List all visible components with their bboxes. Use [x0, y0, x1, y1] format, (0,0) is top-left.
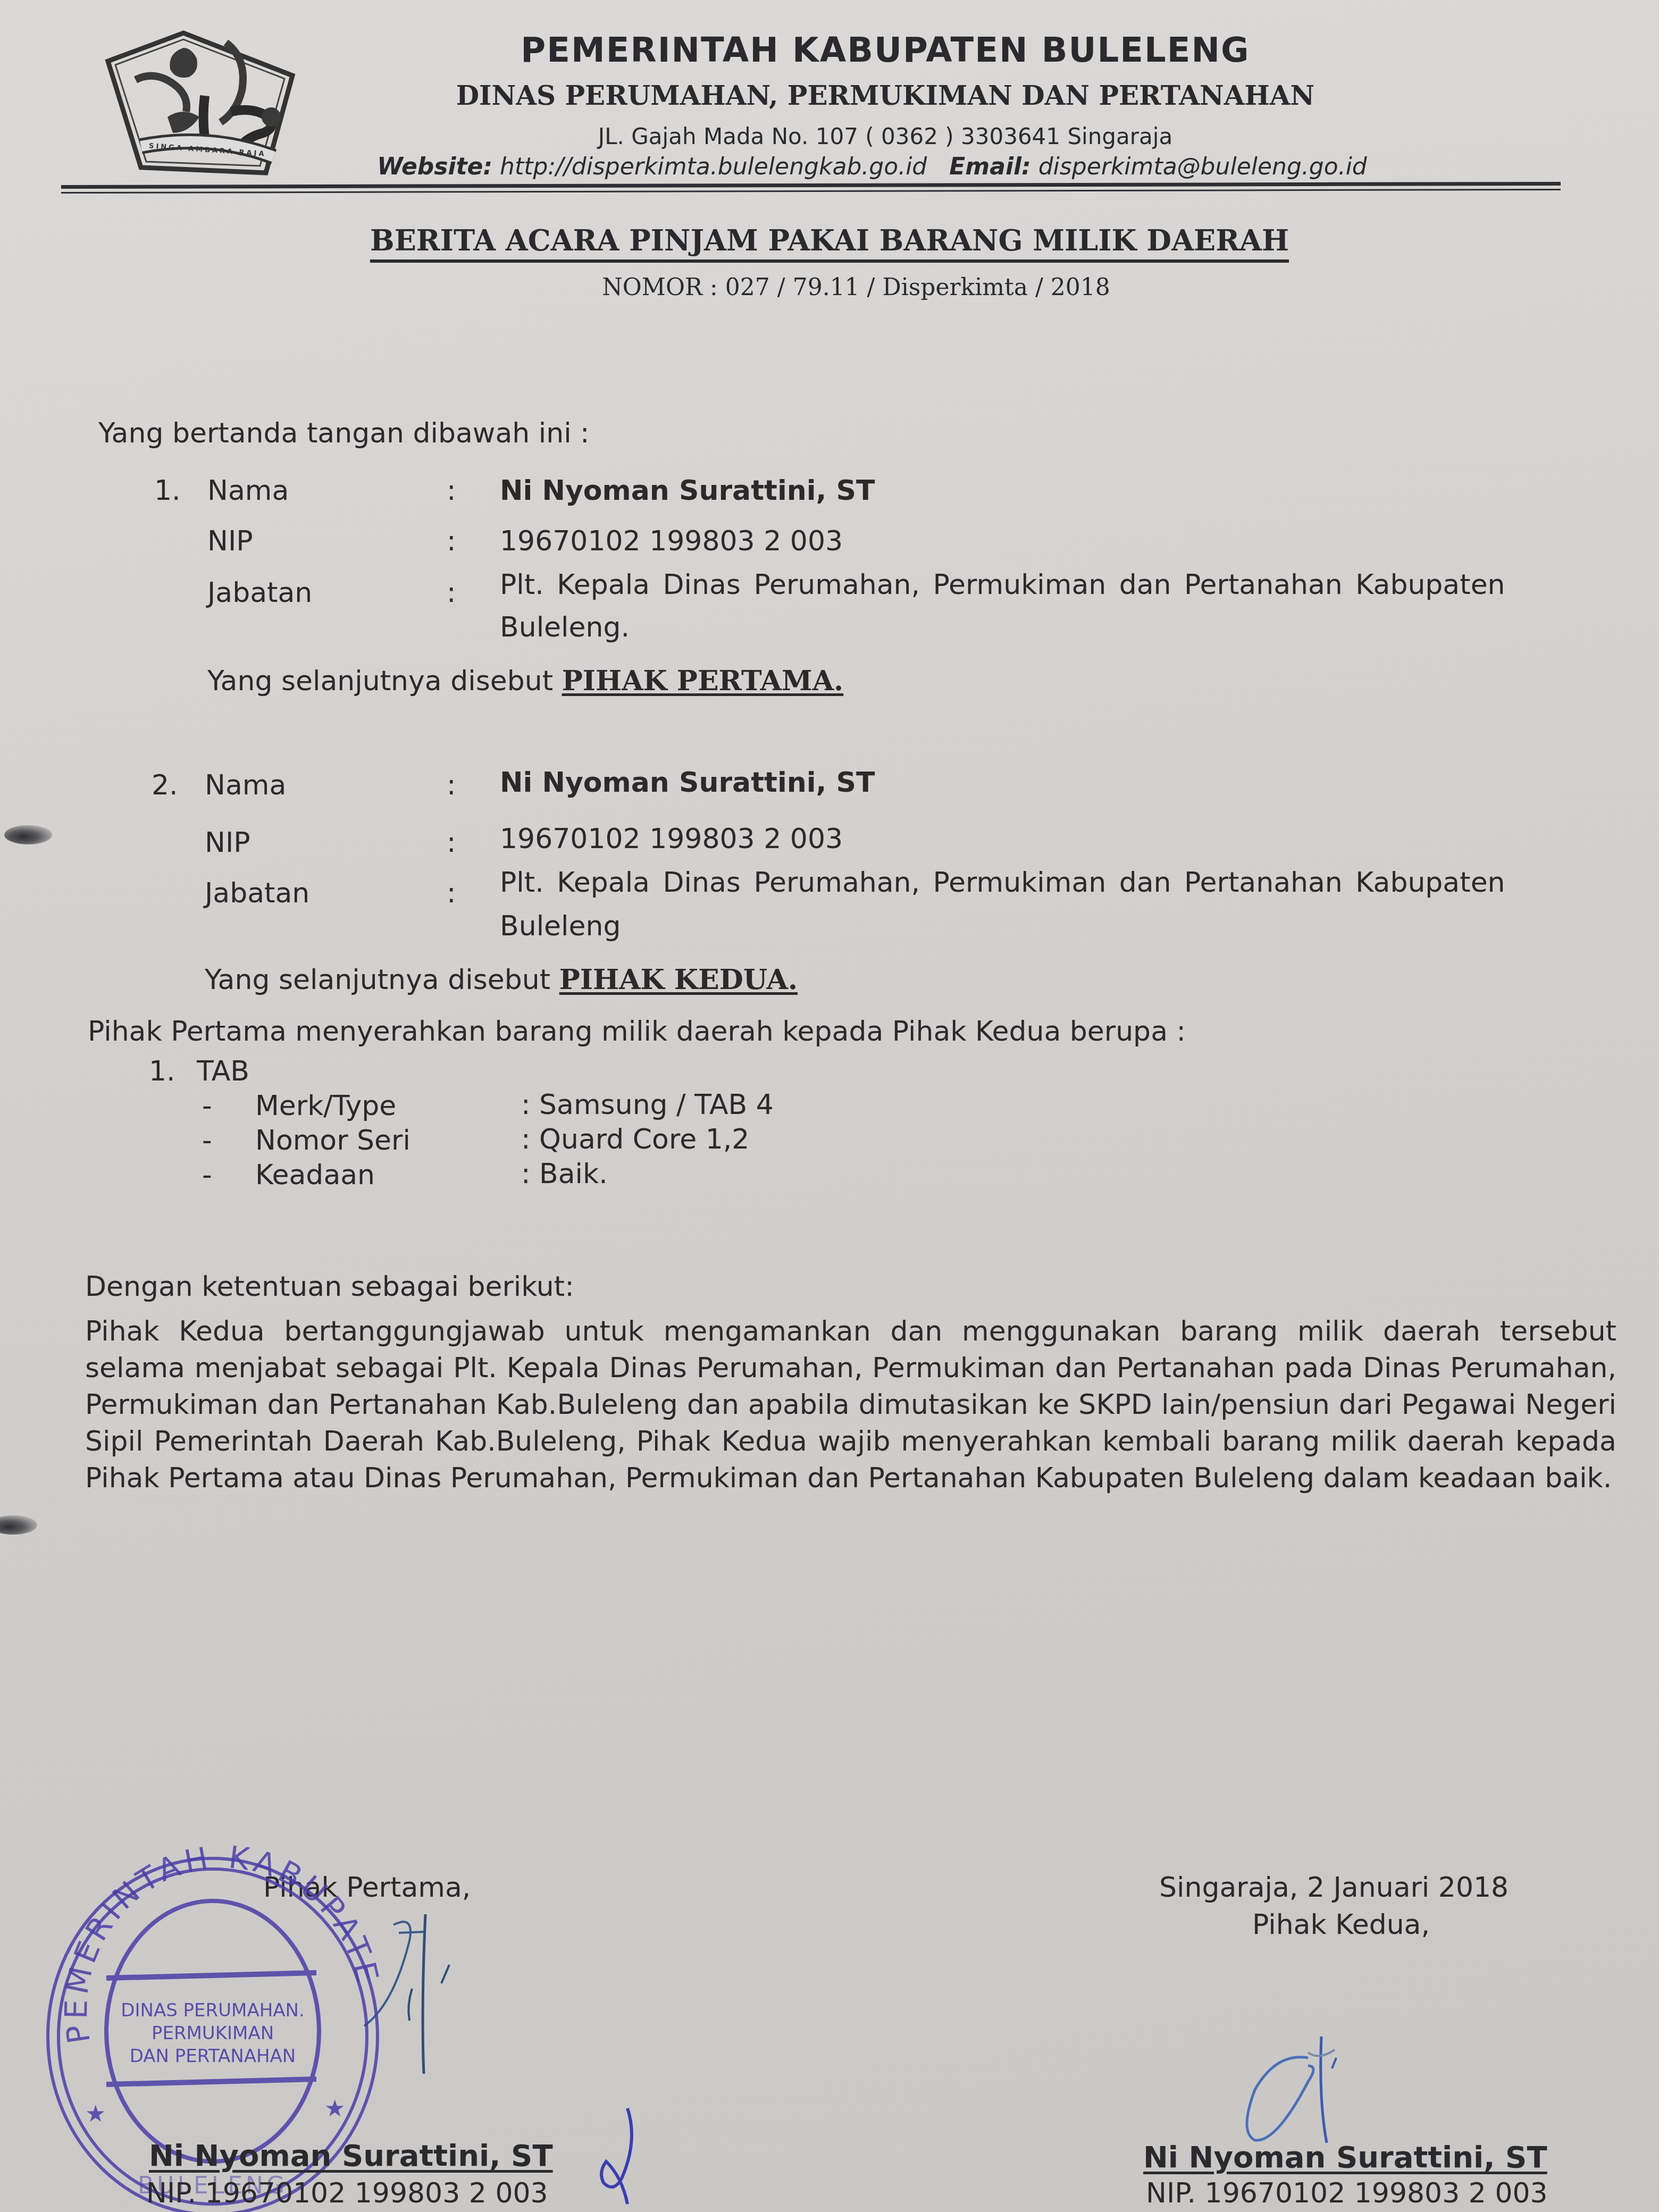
- item-name: TAB: [197, 1055, 249, 1087]
- website-link[interactable]: http://disperkimta.bulelengkab.go.id: [500, 153, 927, 180]
- detail-bullet: -: [202, 1125, 212, 1157]
- field-value-jabatan-line2: Buleleng: [500, 910, 621, 942]
- terms-heading: Dengan ketentuan sebagai berikut:: [85, 1271, 574, 1303]
- punch-hole-bottom: [0, 1515, 37, 1535]
- detail-value-merk: : Samsung / TAB 4: [521, 1089, 774, 1121]
- field-value-nama: Ni Nyoman Surattini, ST: [500, 767, 875, 799]
- letterhead-government: PEMERINTAH KABUPATEN BULELENG: [0, 31, 1659, 70]
- designation-pihak-kedua: PIHAK KEDUA.: [559, 963, 798, 996]
- left-signatory-name: Ni Nyoman Surattini, ST: [149, 2139, 553, 2173]
- right-signatory-nip: NIP. 19670102 199803 2 003: [1146, 2177, 1548, 2209]
- detail-bullet: -: [202, 1090, 212, 1122]
- stamp-inner-line3: DAN PERTANAHAN: [130, 2046, 296, 2067]
- stamp-inner-line1: DINAS PERUMAHAN.: [121, 2000, 304, 2021]
- detail-value-seri: : Quard Core 1,2: [521, 1124, 749, 1155]
- field-value-jabatan: Plt. Kepala Dinas Perumahan, Permukiman …: [500, 867, 1505, 899]
- field-separator: :: [447, 577, 456, 609]
- paraf-initial-mark: [596, 2106, 643, 2212]
- email-link[interactable]: disperkimta@buleleng.go.id: [1038, 153, 1367, 180]
- item-index: 1.: [149, 1055, 175, 1087]
- intro-text: Yang bertanda tangan dibawah ini :: [98, 417, 590, 449]
- handover-statement: Pihak Pertama menyerahkan barang milik d…: [88, 1016, 1186, 1048]
- detail-label-keadaan: Keadaan: [255, 1159, 375, 1191]
- document-number: NOMOR : 027 / 79.11 / Disperkimta / 2018: [0, 274, 1659, 301]
- detail-label-seri: Nomor Seri: [255, 1125, 410, 1157]
- party-2-designation: Yang selanjutnya disebut PIHAK KEDUA.: [205, 963, 798, 996]
- field-separator: :: [447, 525, 456, 557]
- detail-value-keadaan: : Baik.: [521, 1158, 608, 1190]
- party-index: 1.: [154, 475, 181, 507]
- field-label-nip: NIP: [207, 525, 253, 557]
- field-separator: :: [447, 827, 456, 859]
- right-signatory-name: Ni Nyoman Surattini, ST: [1143, 2140, 1547, 2175]
- field-label-nama: Nama: [207, 475, 289, 507]
- field-label-nip: NIP: [205, 827, 250, 859]
- detail-bullet: -: [202, 1159, 212, 1191]
- field-label-jabatan: Jabatan: [207, 577, 312, 609]
- designation-pihak-pertama: PIHAK PERTAMA.: [562, 665, 843, 697]
- letterhead-address: JL. Gajah Mada No. 107 ( 0362 ) 3303641 …: [0, 123, 1659, 149]
- letterhead-contact: Website: http://disperkimta.bulelengkab.…: [0, 153, 1659, 180]
- field-value-nip: 19670102 199803 2 003: [500, 525, 843, 557]
- detail-label-merk: Merk/Type: [255, 1090, 396, 1122]
- field-value-nip: 19670102 199803 2 003: [500, 823, 843, 855]
- party-1-designation: Yang selanjutnya disebut PIHAK PERTAMA.: [207, 665, 843, 697]
- stamp-star-icon: ★: [85, 2100, 106, 2127]
- field-value-jabatan-line2: Buleleng.: [500, 611, 630, 643]
- field-value-jabatan: Plt. Kepala Dinas Perumahan, Permukiman …: [500, 569, 1505, 601]
- field-separator: :: [447, 475, 456, 507]
- field-value-nama: Ni Nyoman Surattini, ST: [500, 475, 875, 507]
- field-separator: :: [447, 877, 456, 909]
- place-date: Singaraja, 2 Januari 2018: [1159, 1872, 1509, 1904]
- letterhead-agency: DINAS PERUMAHAN, PERMUKIMAN DAN PERTANAH…: [0, 80, 1659, 111]
- punch-hole-top: [4, 825, 52, 844]
- party-index: 2.: [152, 769, 178, 801]
- email-label: Email:: [949, 153, 1030, 180]
- field-label-jabatan: Jabatan: [205, 877, 309, 909]
- right-signatory-role: Pihak Kedua,: [1252, 1909, 1430, 1941]
- letterhead-rule-thick: [61, 182, 1561, 189]
- field-separator: :: [447, 769, 456, 801]
- terms-paragraph: Pihak Kedua bertanggungjawab untuk menga…: [85, 1313, 1616, 1497]
- document-title: BERITA ACARA PINJAM PAKAI BARANG MILIK D…: [0, 223, 1659, 257]
- letterhead-rule-thin: [61, 189, 1561, 194]
- field-label-nama: Nama: [205, 769, 286, 801]
- website-label: Website:: [377, 153, 492, 180]
- stamp-star-icon: ★: [324, 2095, 345, 2122]
- stamp-inner-line2: PERMUKIMAN: [152, 2023, 274, 2044]
- left-signatory-nip: NIP. 19670102 199803 2 003: [146, 2177, 548, 2209]
